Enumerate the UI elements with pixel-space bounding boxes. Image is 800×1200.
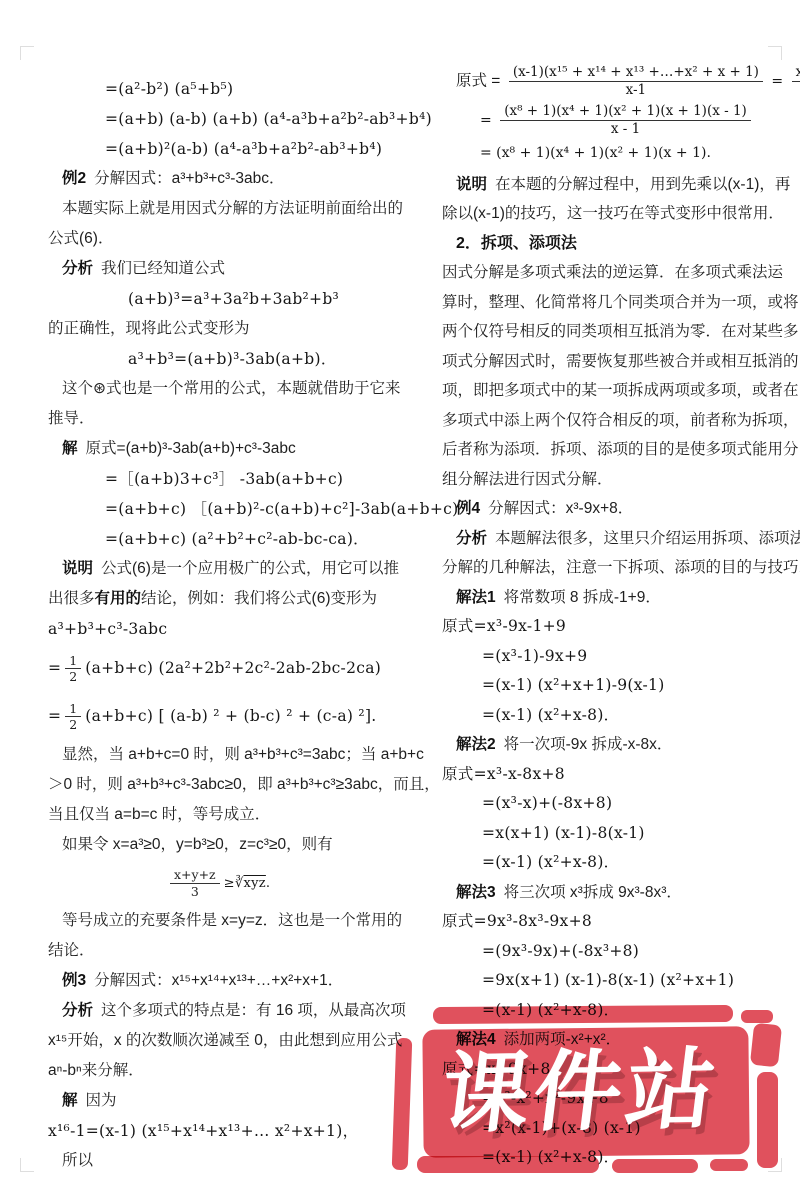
line-label: 说明 [62,560,93,577]
fraction-3-denominator: x - 1 [500,121,751,138]
text-line: 算时，整理、化简常将几个同类项合并为一项，或将 [442,288,800,318]
fraction-1: (x-1)(x¹⁵ + x¹⁴ + x¹³ +…+x² + x + 1)x-1 [509,64,763,99]
fraction-denominator: 3 [170,884,220,900]
line-label: 解法1 [456,589,496,606]
text-line: 的正确性，现将此公式变形为 [48,314,412,344]
text-line: 解法3将三次项 x³拆成 9x³-8x³． [442,878,800,908]
fraction-denominator: 2 [65,717,81,733]
fraction-2-numerator: x¹⁶ - 1 [792,64,800,82]
fraction-row-2: = (x⁸ + 1)(x⁴ + 1)(x² + 1)(x + 1)(x - 1)… [456,103,800,138]
equals-sign: = [48,707,61,725]
fraction: x+y+z3 [170,867,220,899]
line-text: 本题解法很多，这里只介绍运用拆项、添项法 [495,530,800,547]
text-line: 显然，当 a+b+c=0 时，则 a³+b³+c³=3abc；当 a+b+c [48,740,412,770]
equation-line: =(a²-b²) (a⁵+b⁵) [48,74,412,104]
text-line: 例4分解因式：x³-9x+8． [442,494,800,524]
line-label: 例3 [62,972,86,989]
line-text: 分解因式：x¹⁵+x¹⁴+x¹³+…+x²+x+1． [94,972,343,989]
fraction-1-numerator: (x-1)(x¹⁵ + x¹⁴ + x¹³ +…+x² + x + 1) [509,64,763,82]
text-line: 解法1将常数项 8 拆成-1+9． [442,583,800,613]
text-line: 出很多有用的结论，例如：我们将公式(6)变形为 [48,584,412,614]
equation-line: =(a+b+c) (a²+b²+c²-ab-bc-ca)． [48,524,412,554]
line-text: 这个多项式的特点是：有 16 项，从最高次项 [101,1002,406,1019]
equation-line: =x(x+1) (x-1)-8(x-1) [442,819,800,849]
equation-line: =(x³-x)+(-8x+8) [442,789,800,819]
text-line: 解因为 [48,1086,412,1116]
text-line: 多项式中添上两个仅符合相反的项，前者称为拆项， [442,406,800,436]
crop-mark-top-right [768,46,782,60]
text-line: 推导． [48,404,412,434]
equation-line: =(a+b+c) ［(a+b)²-c(a+b)+c²]-3ab(a+b+c) [48,494,412,524]
line-label: 分析 [456,530,487,547]
line-text-post: 结论，例如：我们将公式(6)变形为 [141,590,377,607]
inequality-sign: ≥ [224,876,235,891]
right-column: 原式 = (x-1)(x¹⁵ + x¹⁴ + x¹³ +…+x² + x + 1… [442,64,800,1173]
line-text: 公式(6)是一个应用极广的公式，用它可以推 [101,560,399,577]
text-line: 结论． [48,936,412,966]
equation-line: =(x³-1)-9x+9 [442,642,800,672]
line-text-bold: 有用的 [95,590,142,607]
line-label: 解 [62,440,78,457]
fraction-denominator: 2 [65,669,81,685]
fraction-2-denominator: x - 1 [792,82,800,99]
text-line: 后者称为添项．拆项、添项的目的是使多项式能用分 [442,435,800,465]
fraction-row-3: = (x⁸ + 1)(x⁴ + 1)(x² + 1)(x + 1). [456,142,800,164]
text-line: =12(a+b+c) [ (a-b) ² + (b-c) ² + (c-a) ²… [48,692,412,740]
line-label: 解法3 [456,884,496,901]
fraction-3: (x⁸ + 1)(x⁴ + 1)(x² + 1)(x + 1)(x - 1)x … [500,103,751,138]
fraction: 12 [65,701,81,733]
line-text: 原式=(a+b)³-3ab(a+b)+c³-3abc [86,440,296,457]
text-line: 公式(6)． [48,224,412,254]
text-line: x¹⁵开始，x 的次数顺次递减至 0，由此想到应用公式 [48,1026,412,1056]
line-label: 例4 [456,500,480,517]
text-line: 分解的几种解法，注意一下拆项、添项的目的与技巧． [442,553,800,583]
fraction-numerator: 1 [65,701,81,718]
fraction-lead: 原式 = [456,72,500,89]
equation-fraction-block: 原式 = (x-1)(x¹⁵ + x¹⁴ + x¹³ +…+x² + x + 1… [442,64,800,164]
equation-line: =(9x³-9x)+(-8x³+8) [442,937,800,967]
text-line: 说明在本题的分解过程中，用到先乘以(x-1)，再 [442,170,800,200]
text-line: 项，即把多项式中的某一项拆成两项或多项，或者在 [442,376,800,406]
text-line: 因式分解是多项式乘法的逆运算．在多项式乘法运 [442,258,800,288]
line-text: 添加两项-x²+x²． [504,1031,622,1048]
text-line: 等号成立的充要条件是 x=y=z．这也是一个常用的 [48,906,412,936]
equation-rest: (a+b+c) [ (a-b) ² + (b-c) ² + (c-a) ²]. [85,707,376,725]
text-line: 所以 [48,1146,412,1176]
text-line: 例3分解因式：x¹⁵+x¹⁴+x¹³+…+x²+x+1． [48,966,412,996]
section-heading: 2．拆项、添项法 [442,229,800,259]
equals-sign: = [48,659,61,677]
equation-line: =(x-1) (x²+x-8)． [442,701,800,731]
equation-line: =(a+b)²(a-b) (a⁴-a³b+a²b²-ab³+b⁴) [48,134,412,164]
line-label: 说明 [456,176,487,193]
text-line: 本题实际上就是用因式分解的方法证明前面给出的 [48,194,412,224]
equation-line: 原式=x³-x-8x+8 [442,760,800,790]
document-page: =(a²-b²) (a⁵+b⁵)=(a+b) (a-b) (a+b) (a⁴-a… [0,0,800,1200]
text-line: 如果令 x=a³≥0，y=b³≥0，z=c³≥0，则有 [48,830,412,860]
line-text-pre: 出很多 [48,590,95,607]
line-label: 分析 [62,260,93,277]
line-text: 因为 [86,1092,117,1109]
fraction-1-denominator: x-1 [509,82,763,99]
text-line: 项式分解因式时，需要恢复那些被合并或相互抵消的 [442,347,800,377]
text-line: 分析这个多项式的特点是：有 16 项，从最高次项 [48,996,412,1026]
text-line: 这个⊛式也是一个常用的公式，本题就借助于它来 [48,374,412,404]
equation-line: =(a+b) (a-b) (a+b) (a⁴-a³b+a²b²-ab³+b⁴) [48,104,412,134]
fraction-numerator: 1 [65,653,81,670]
fraction: 12 [65,653,81,685]
text-line: 解法4添加两项-x²+x²． [442,1025,800,1055]
equation-line: =9x(x+1) (x-1)-8(x-1) (x²+x+1) [442,966,800,996]
fraction-numerator: x+y+z [170,867,220,884]
line-text: 将常数项 8 拆成-1+9． [504,589,661,606]
text-line: 当且仅当 a=b=c 时，等号成立． [48,800,412,830]
equals-sign: = [480,112,492,128]
text-line: 例2分解因式：a³+b³+c³-3abc． [48,164,412,194]
equals-sign: = [771,73,783,89]
equation-line: 原式=x³-9x+8 [442,1055,800,1085]
fraction-row-1: 原式 = (x-1)(x¹⁵ + x¹⁴ + x¹³ +…+x² + x + 1… [456,64,800,99]
text-line: =12(a+b+c) (2a²+2b²+2c²-2ab-2bc-2ca) [48,644,412,692]
text-line: x+y+z3≥∛xyz. [48,860,412,906]
equation-line: =［(a+b)3+c³］ -3ab(a+b+c) [48,464,412,494]
text-line: 分析我们已经知道公式 [48,254,412,284]
text-line: 两个仅符号相反的同类项相互抵消为零．在对某些多 [442,317,800,347]
right-column-lines: 说明在本题的分解过程中，用到先乘以(x-1)，再除以(x-1)的技巧，这一技巧在… [442,170,800,1173]
text-line: 组分解法进行因式分解． [442,465,800,495]
text-line: 说明公式(6)是一个应用极广的公式，用它可以推 [48,554,412,584]
line-text: 在本题的分解过程中，用到先乘以(x-1)，再 [495,176,790,193]
line-text: 我们已经知道公式 [101,260,225,277]
equation-line: =(x-1) (x²+x-8)． [442,996,800,1026]
period: . [266,876,270,891]
equation-line: =(x-1) (x²+x-8)． [442,848,800,878]
equation-line: =(x-1) (x²+x-8)． [442,1143,800,1173]
left-column: =(a²-b²) (a⁵+b⁵)=(a+b) (a-b) (a+b) (a⁴-a… [48,74,412,1176]
line-text: 分解因式：a³+b³+c³-3abc． [94,170,284,187]
equation-rest: (a+b+c) (2a²+2b²+2c²-2ab-2bc-2ca) [85,659,381,677]
line-text: 分解因式：x³-9x+8． [488,500,633,517]
line-text: 将三次项 x³拆成 9x³-8x³． [504,884,682,901]
line-label: 解 [62,1092,78,1109]
equation-line: a³+b³+c³-3abc [48,614,412,644]
fraction-3-numerator: (x⁸ + 1)(x⁴ + 1)(x² + 1)(x + 1)(x - 1) [500,103,751,121]
fraction-2: x¹⁶ - 1x - 1 [792,64,800,99]
equation-line: (a+b)³=a³+3a²b+3ab²+b³ [48,284,412,314]
equation-line: 原式=9x³-8x³-9x+8 [442,907,800,937]
equation-line: =(x-1) (x²+x+1)-9(x-1) [442,671,800,701]
crop-mark-bottom-left [20,1158,34,1172]
text-line: ＞0 时，则 a³+b³+c³-3abc≥0，即 a³+b³+c³≥3abc，而… [48,770,412,800]
line-label: 解法4 [456,1031,496,1048]
equation-line: x¹⁶-1=(x-1) (x¹⁵+x¹⁴+x¹³+… x²+x+1)， [48,1116,412,1146]
line-text: 将一次项-9x 拆成-x-8x． [504,736,673,753]
text-line: aⁿ-bⁿ来分解． [48,1056,412,1086]
line-label: 例2 [62,170,86,187]
equation-line: 原式=x³-9x-1+9 [442,612,800,642]
equation-line: =x³-x²+x²-9x+8 [442,1084,800,1114]
line-label: 分析 [62,1002,93,1019]
line-label: 解法2 [456,736,496,753]
equation-line: =x²(x-1)+(x-8) (x-1) [442,1114,800,1144]
crop-mark-top-left [20,46,34,60]
radicand: xyz [243,876,265,891]
text-line: 解法2将一次项-9x 拆成-x-8x． [442,730,800,760]
equation-line: a³+b³=(a+b)³-3ab(a+b)． [48,344,412,374]
text-line: 分析本题解法很多，这里只介绍运用拆项、添项法 [442,524,800,554]
text-line: 除以(x-1)的技巧，这一技巧在等式变形中很常用． [442,199,800,229]
text-line: 解原式=(a+b)³-3ab(a+b)+c³-3abc [48,434,412,464]
